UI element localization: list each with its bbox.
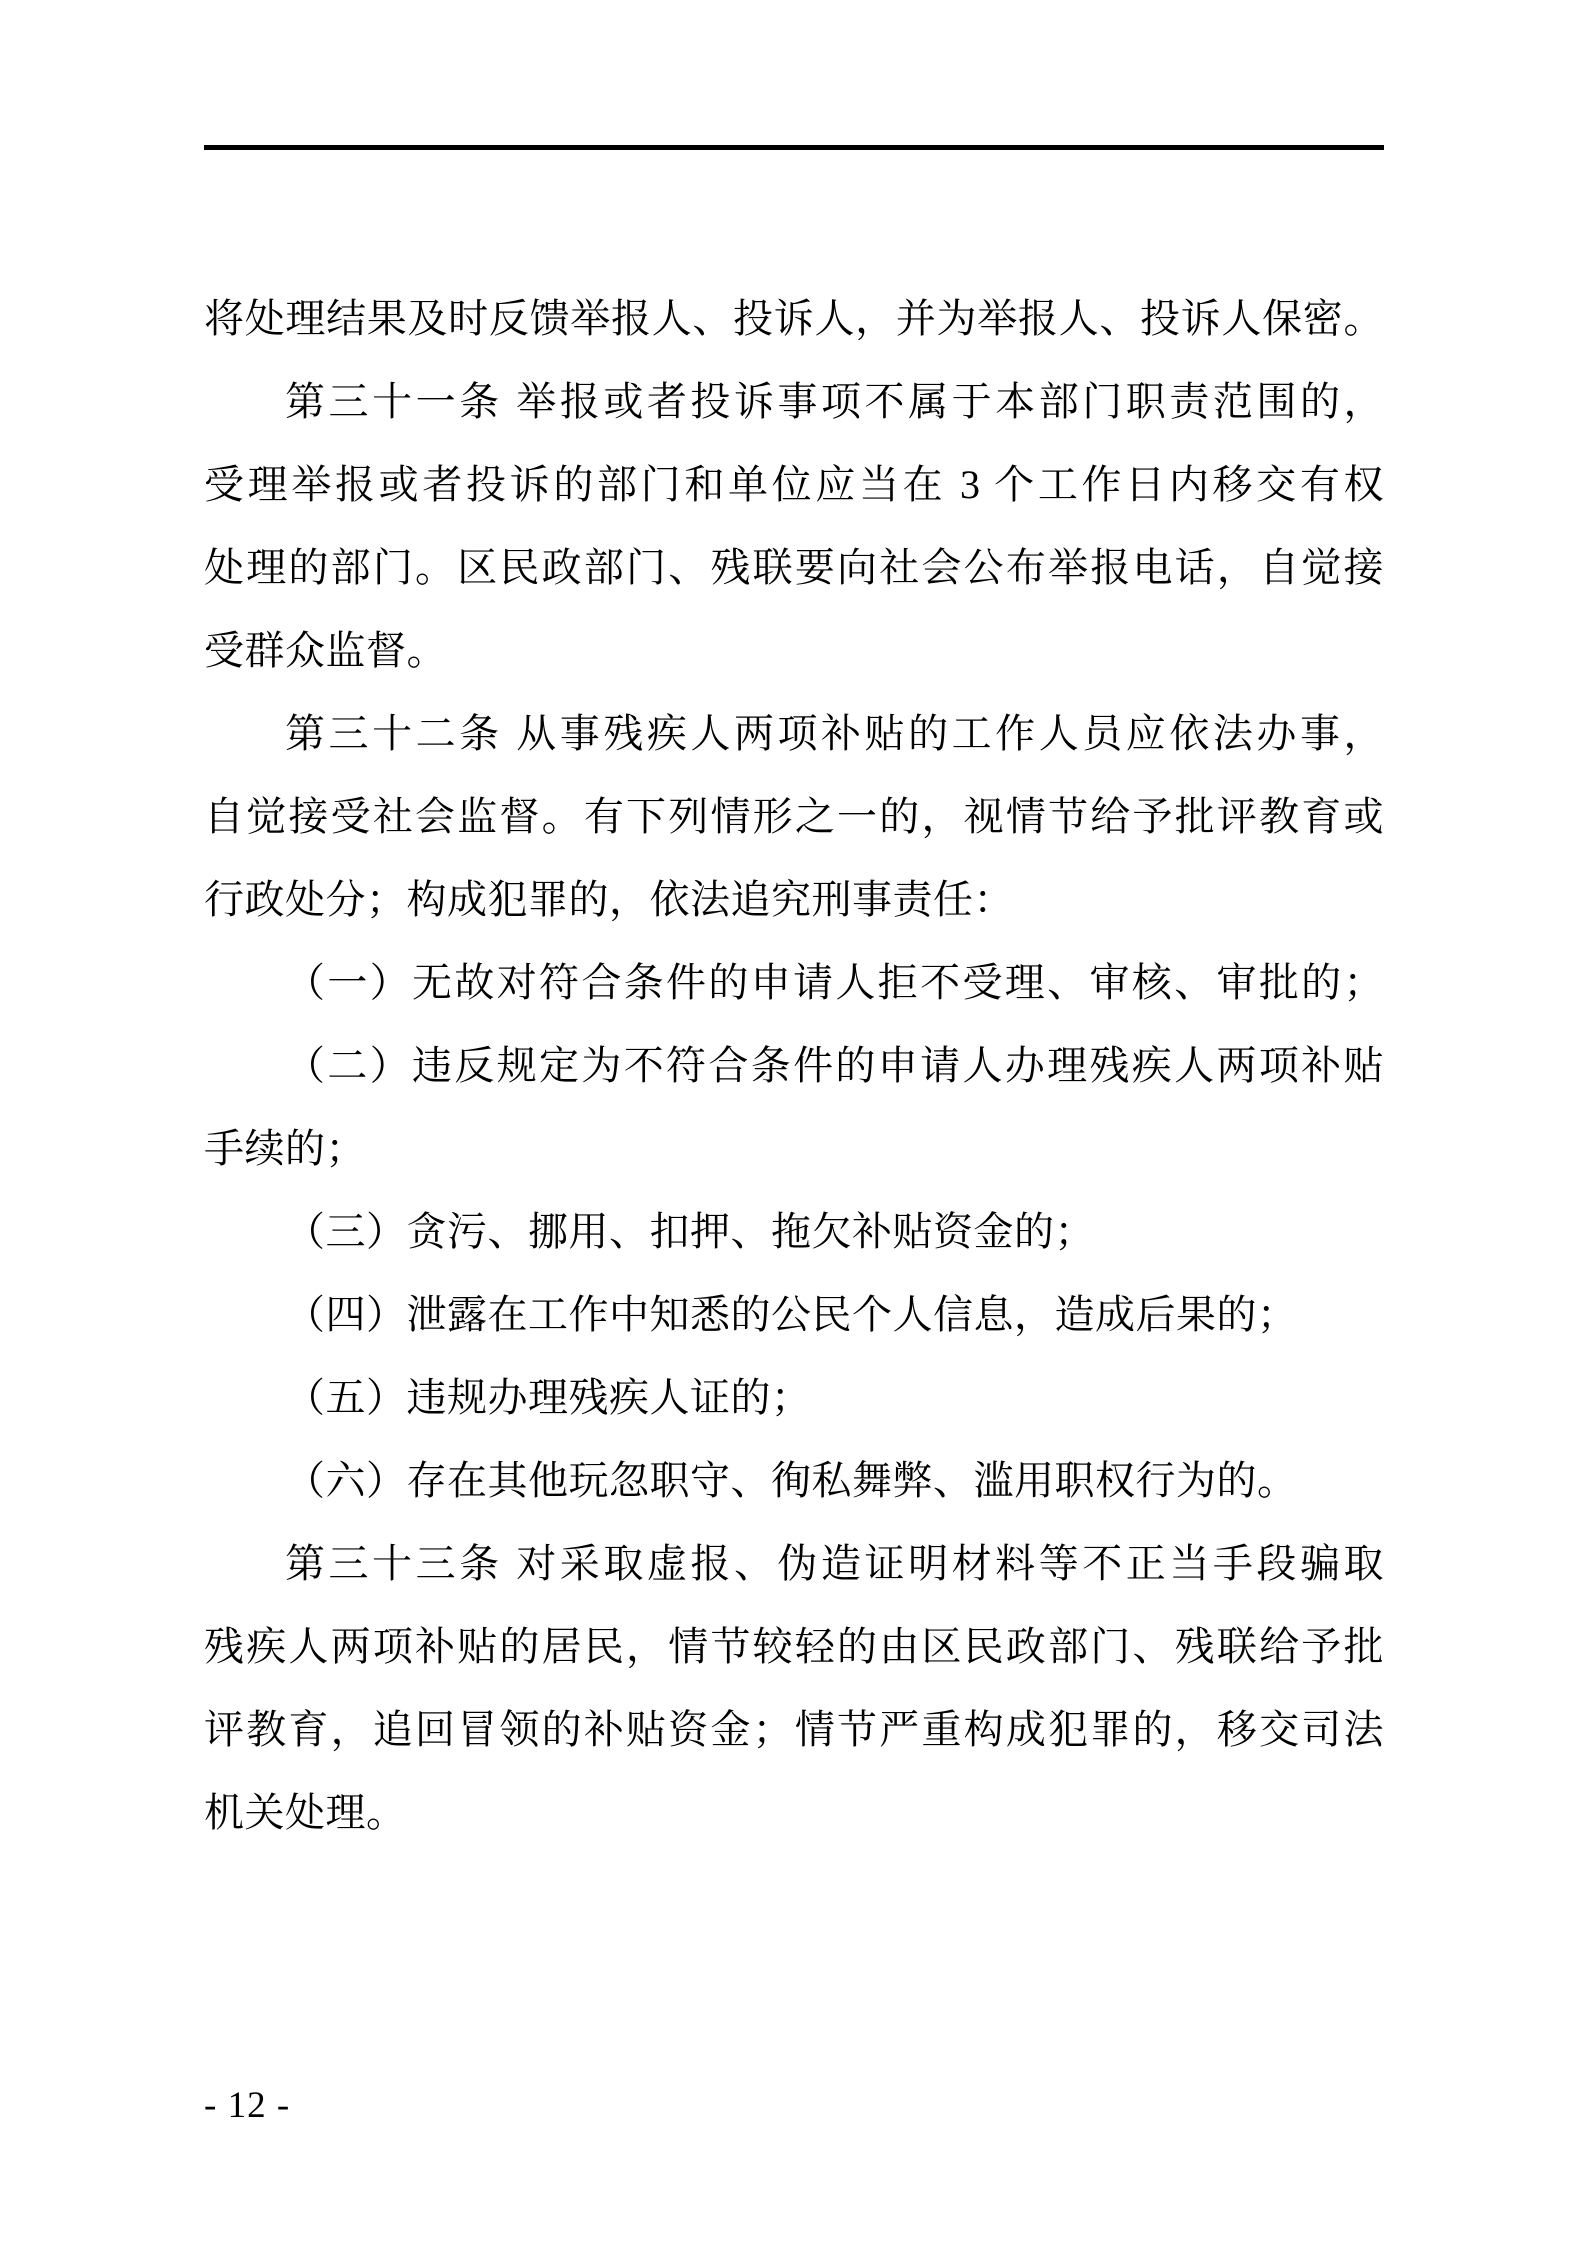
body-line: （五）违规办理残疾人证的； bbox=[204, 1356, 1384, 1439]
body-line: （六）存在其他玩忽职守、徇私舞弊、滥用职权行为的。 bbox=[204, 1439, 1384, 1522]
body-line: 自觉接受社会监督。有下列情形之一的，视情节给予批评教育或 bbox=[204, 775, 1384, 858]
body-line: 第三十一条 举报或者投诉事项不属于本部门职责范围的， bbox=[204, 360, 1384, 443]
body-line: 第三十二条 从事残疾人两项补贴的工作人员应依法办事， bbox=[204, 692, 1384, 775]
document-body: 将处理结果及时反馈举报人、投诉人，并为举报人、投诉人保密。 第三十一条 举报或者… bbox=[204, 277, 1384, 1854]
body-line: 受群众监督。 bbox=[204, 609, 1384, 692]
body-line: 评教育，追回冒领的补贴资金；情节严重构成犯罪的，移交司法 bbox=[204, 1688, 1384, 1771]
body-line: 行政处分；构成犯罪的，依法追究刑事责任： bbox=[204, 858, 1384, 941]
body-line: （四）泄露在工作中知悉的公民个人信息，造成后果的； bbox=[204, 1273, 1384, 1356]
body-line: 处理的部门。区民政部门、残联要向社会公布举报电话，自觉接 bbox=[204, 526, 1384, 609]
body-line: 将处理结果及时反馈举报人、投诉人，并为举报人、投诉人保密。 bbox=[204, 277, 1384, 360]
body-line: 机关处理。 bbox=[204, 1771, 1384, 1854]
body-line: （三）贪污、挪用、扣押、拖欠补贴资金的； bbox=[204, 1190, 1384, 1273]
header-rule bbox=[204, 145, 1384, 150]
body-line: （二）违反规定为不符合条件的申请人办理残疾人两项补贴 bbox=[204, 1024, 1384, 1107]
page-number: - 12 - bbox=[204, 2086, 290, 2126]
body-line: 受理举报或者投诉的部门和单位应当在 3 个工作日内移交有权 bbox=[204, 443, 1384, 526]
body-line: 残疾人两项补贴的居民，情节较轻的由区民政部门、残联给予批 bbox=[204, 1605, 1384, 1688]
body-line: 手续的； bbox=[204, 1107, 1384, 1190]
document-page: 将处理结果及时反馈举报人、投诉人，并为举报人、投诉人保密。 第三十一条 举报或者… bbox=[0, 0, 1587, 2245]
body-line: 第三十三条 对采取虚报、伪造证明材料等不正当手段骗取 bbox=[204, 1522, 1384, 1605]
body-line: （一）无故对符合条件的申请人拒不受理、审核、审批的； bbox=[204, 941, 1384, 1024]
